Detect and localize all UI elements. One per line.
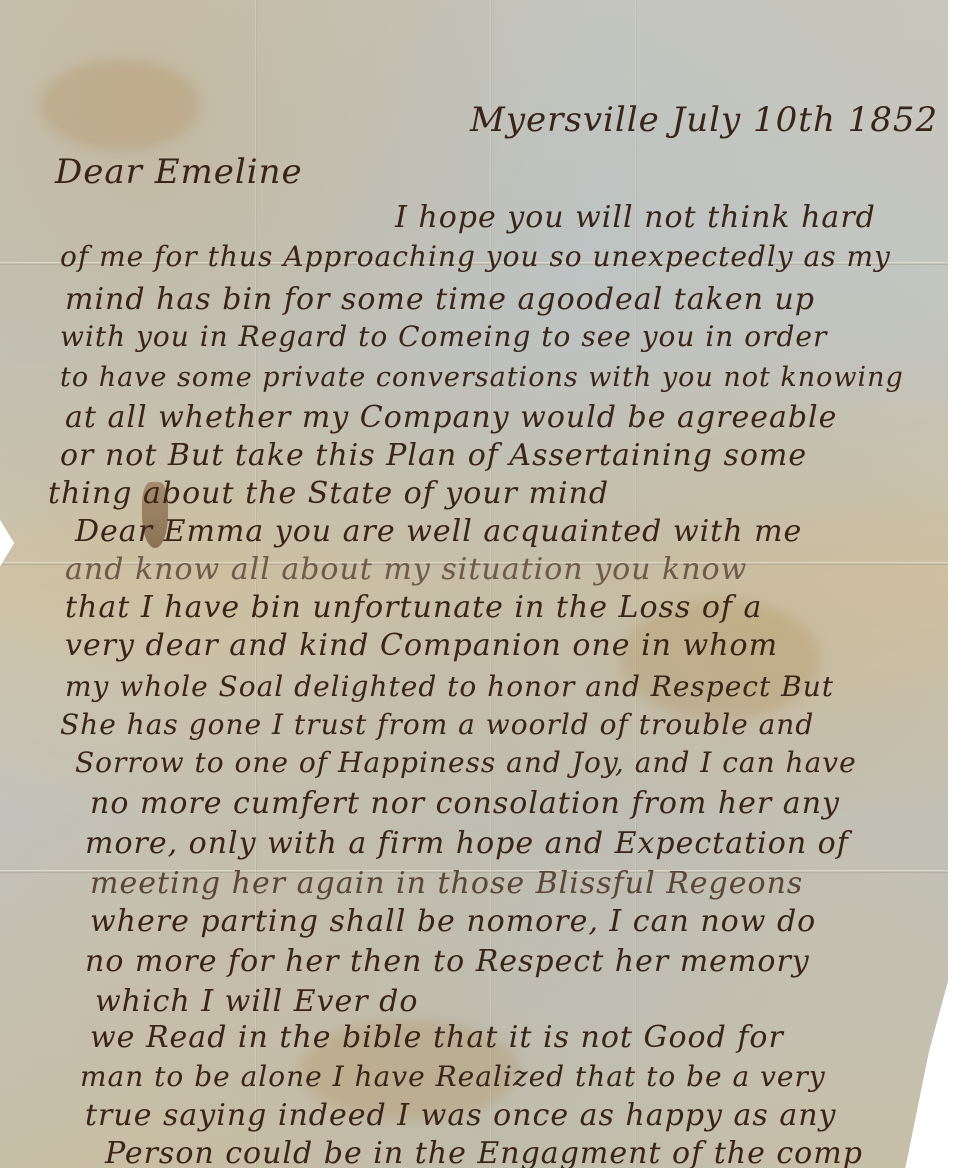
letter-line: at all whether my Company would be agree… [65, 400, 837, 435]
letter-line: I hope you will not think hard [395, 200, 876, 235]
letter-line: meeting her again in those Blissful Rege… [90, 866, 803, 901]
letter-line: very dear and kind Companion one in whom [65, 628, 778, 663]
letter-page: Myersville July 10th 1852 Dear Emeline I… [0, 0, 948, 1168]
letter-line: where parting shall be nomore, I can now… [90, 904, 816, 939]
letter-line: that I have bin unfortunate in the Loss … [65, 590, 762, 625]
salutation: Dear Emeline [55, 152, 303, 192]
letter-line: thing about the State of your mind [48, 476, 609, 511]
letter-line: or not But take this Plan of Assertainin… [60, 438, 807, 473]
letter-line: of me for thus Approaching you so unexpe… [60, 240, 891, 273]
letter-line: and know all about my situation you know [65, 552, 747, 587]
letter-line: which I will Ever do [95, 984, 418, 1019]
letter-line: Sorrow to one of Happiness and Joy, and … [75, 746, 857, 779]
letter-line: with you in Regard to Comeing to see you… [60, 320, 827, 353]
letter-line: more, only with a firm hope and Expectat… [85, 826, 849, 861]
letter-line: to have some private conversations with … [60, 362, 904, 393]
stain [40, 60, 200, 150]
letter-line: my whole Soal delighted to honor and Res… [65, 670, 834, 703]
letter-line: no more cumfert nor consolation from her… [90, 786, 840, 821]
letter-line: She has gone I trust from a woorld of tr… [60, 708, 814, 741]
letter-line: Dear Emma you are well acquainted with m… [75, 514, 802, 549]
letter-line: no more for her then to Respect her memo… [85, 944, 810, 979]
letter-line: true saying indeed I was once as happy a… [85, 1098, 837, 1133]
letter-line: Person could be in the Engagment of the … [105, 1136, 863, 1168]
letter-line: mind has bin for some time agoodeal take… [65, 282, 815, 317]
dateline: Myersville July 10th 1852 [470, 100, 938, 140]
letter-line: we Read in the bible that it is not Good… [90, 1020, 784, 1055]
letter-line: man to be alone I have Realized that to … [80, 1060, 826, 1093]
